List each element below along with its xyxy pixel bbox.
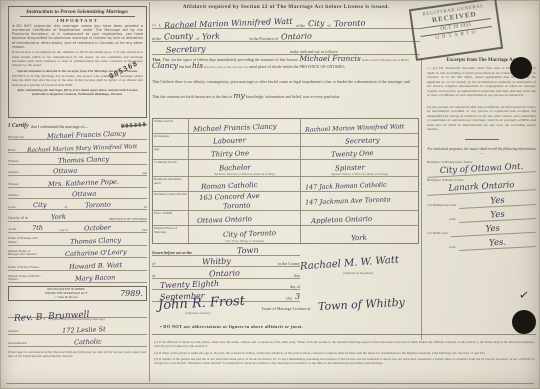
bride-age: Twenty One	[301, 147, 418, 160]
groom-condition: Bachelor Bachelor, Widower or Divorcee (…	[189, 160, 301, 177]
stat-groom-write: write Yes	[427, 210, 536, 221]
sworn-line-4: Twenty Eighth day of	[152, 279, 300, 291]
certify-row-place: in the City of Toronto 19	[8, 199, 147, 210]
issuer-place: Town of Whitby	[318, 296, 405, 314]
certify-row-bride-father: Name of Bride's Father: Howard B. Watt	[8, 258, 147, 271]
instruction-paragraph-4: EXCEPT as in The Marriage Act provided, …	[12, 74, 143, 86]
oath-section: (1) I, Rachael Marion Winnifred Watt of …	[152, 16, 420, 55]
hole-punch-bottom	[512, 310, 536, 334]
certify-row-bride-mother: Maiden Name of Bride's Mother: Mary Baco…	[8, 271, 147, 284]
groom-condition-caption: Bachelor, Widower or Divorcee (insert in…	[189, 172, 300, 176]
deponent-signature: Rachael M. W. Watt	[300, 255, 399, 273]
sworn-section: Sworn before me at the Town of Whitby in…	[152, 244, 300, 302]
oath-clause-2: That I believe there is no affinity, con…	[152, 79, 420, 85]
groom-occupation: Labourer	[189, 134, 301, 147]
intended-place-caption: City, Town, Village or Township	[189, 239, 300, 243]
row-condition-label: Condition in Life	[153, 160, 189, 177]
certify-row-bridegroom: Bridegroom Michael Francis Clancy	[8, 129, 147, 140]
row-occupation-label: Occupation	[153, 134, 189, 147]
oath-line-1: (1) I, Rachael Marion Winnifred Watt of …	[152, 16, 420, 29]
bride-residence: 147 Jackman Ave Toronto	[301, 192, 418, 211]
row-intended-place-label: Intended Place of Marriage	[153, 226, 189, 243]
certify-row-address-2: Address Ottawa	[8, 188, 147, 199]
instruction-paragraph-5: After solemnizing the marriage, fill in …	[12, 88, 143, 96]
sworn-line-3: of Ontario this	[152, 267, 300, 279]
sworn-line-1: Sworn before me at the Town	[152, 244, 300, 256]
solemnizer-address-row: Address 172 Leslie St	[8, 324, 147, 335]
instruction-paragraph-1: ★DO NOT solemnize this marriage unless y…	[12, 24, 143, 49]
bottom-rule	[6, 383, 534, 384]
instructions-panel: Instructions to Person Solemnizing Marri…	[8, 6, 147, 118]
oath-line-3: Secretary make oath and say as follows:	[152, 42, 420, 55]
excerpt-2: (1) Any person not registered with and c…	[427, 105, 536, 132]
stat-bride-read: Can Bride read Yes	[427, 224, 536, 235]
bride-occupation: Secretary	[301, 134, 418, 147]
registration-number-box: REGISTRATION NUMBER UNDER THE MARRIAGE A…	[8, 286, 147, 301]
hole-punch-top	[510, 57, 532, 79]
instructions-title: Instructions to Person Solemnizing Marri…	[12, 9, 143, 15]
footnote-rule	[152, 334, 536, 335]
certify-section: I Certify that I solemnized the marriage…	[8, 120, 147, 358]
bride-denomination: 147 Jack Roman Catholic	[301, 177, 418, 192]
footnote-1: (1) If the affidavit is made by both par…	[154, 340, 534, 348]
affidavit-heading: Affidavit required by Section 22 of The …	[152, 4, 420, 10]
certify-row-bride: Bride Rachael Marion Mary Winnifred Watt…	[8, 140, 147, 153]
groom-age: Thirty One	[189, 147, 301, 160]
stat-bride-write: write Yes.	[427, 238, 536, 249]
groom-names: Michael Francis Clancy	[189, 119, 301, 134]
early-marriage-note: If marriage is solemnized earlier than t…	[8, 350, 147, 358]
groom-intended-place: City of Toronto City, Town, Village or T…	[189, 226, 301, 243]
clause3-pronoun: my	[233, 91, 244, 100]
important-heading: IMPORTANT	[12, 18, 143, 23]
sworn-line-2: of Whitby in the County	[152, 256, 300, 268]
row-birthplace-label: Place of Birth	[153, 211, 189, 226]
issuer-line: Issuer of Marriage Licenses at	[262, 306, 310, 311]
regbox-see-above: ☞ See ★ above	[12, 296, 120, 300]
groom-residence: 163 Concord Ave Toronto	[189, 192, 301, 211]
groom-birthplace: Ottawa Ontario	[189, 211, 301, 226]
groom-denomination: Roman Catholic	[189, 177, 301, 192]
footnote-2: (2) If either of the parties is under th…	[154, 351, 534, 355]
checkmark-icon: ✓	[518, 287, 530, 302]
row-residence-label: Residence when Married	[153, 192, 189, 211]
oath-clause-3: That the contents set forth herein are t…	[152, 93, 420, 100]
oath-line-2: in the County of York in the Province of…	[152, 29, 420, 42]
excerpts-panel: Excerpts from The Marriage Act 1.—(1) Th…	[427, 58, 536, 252]
solemnizer-signature: Rev. B. Brunwell	[14, 310, 90, 324]
bride-names: Rachael Marion Winnifred Watt	[301, 119, 418, 134]
stat-bride-father-birthplace: Birthplace of Bride's Father Lanark Onta…	[427, 178, 536, 193]
bride-birthplace: Appleton Ontario	[301, 211, 418, 226]
left-column-divider	[149, 2, 150, 382]
statistics-lead: For statistical purposes, the issuer sha…	[427, 147, 536, 156]
bride-intended-place: York	[301, 226, 418, 243]
solemnizer-denomination-row: Denomination Catholic	[8, 335, 147, 346]
oath-clause-1: That, That, for the space of fifteen day…	[152, 56, 420, 71]
stat-groom-father-birthplace: Birthplace of Bridegroom's Father City o…	[427, 160, 536, 175]
certify-row-date: on the 7th day of October 193	[8, 222, 147, 233]
certify-row-groom-mother: Maiden Name of Bridegroom's Mother: Cath…	[8, 246, 147, 259]
certify-row-witness-1: Witness Thomas Clancy	[8, 153, 147, 164]
bride-condition-caption: Spinster, Widow or Divorcee (insert in w…	[301, 172, 418, 176]
clause1-pronoun: his	[192, 61, 203, 70]
clause1-surname: Clancy	[152, 61, 178, 70]
certify-row-address-1: Address Ottawa and	[8, 165, 147, 176]
registrar-general-received-stamp: REGISTRAR GENERAL RECEIVED OCT 19 1933 O…	[409, 0, 503, 61]
bride-condition: Spinster Spinster, Widow or Divorcee (in…	[301, 160, 418, 177]
registration-number-value: 7989.	[120, 289, 143, 298]
details-table: Names in Full Michael Francis Clancy Rac…	[152, 118, 419, 244]
issuer-caption: (Signature of Issuer)	[168, 312, 228, 316]
certify-row-witness-2: Witness Mrs. Katherine Pope.	[8, 176, 147, 187]
do-not-note: • DO NOT use abbreviations or figures in…	[160, 324, 303, 329]
certify-row-county: County of ★ York PROVINCE OF ONTARIO	[8, 210, 147, 221]
row-names-label: Names in Full	[153, 119, 189, 134]
deponent-caption: (Signature of Deponent)	[318, 272, 398, 276]
right-column-divider	[421, 58, 422, 340]
title-rule	[20, 16, 135, 17]
clause1-bridegroom-name: Michael Francis	[299, 54, 360, 63]
stat-groom-read: Can Bridegroom read Yes	[427, 196, 536, 207]
row-age-label: Age	[153, 147, 189, 160]
marriage-license-document: Instructions to Person Solemnizing Marri…	[0, 0, 540, 389]
footnote-3: (3) If neither of the parties has had hi…	[154, 357, 534, 365]
excerpts-divider	[465, 139, 499, 140]
footnotes: (1) If the affidavit is made by both par…	[154, 340, 534, 368]
row-denomination-label: Religious Denomina- ation	[153, 177, 189, 192]
certify-row-groom-father: Name of Bridegroom's Father: Thomas Clan…	[8, 233, 147, 246]
